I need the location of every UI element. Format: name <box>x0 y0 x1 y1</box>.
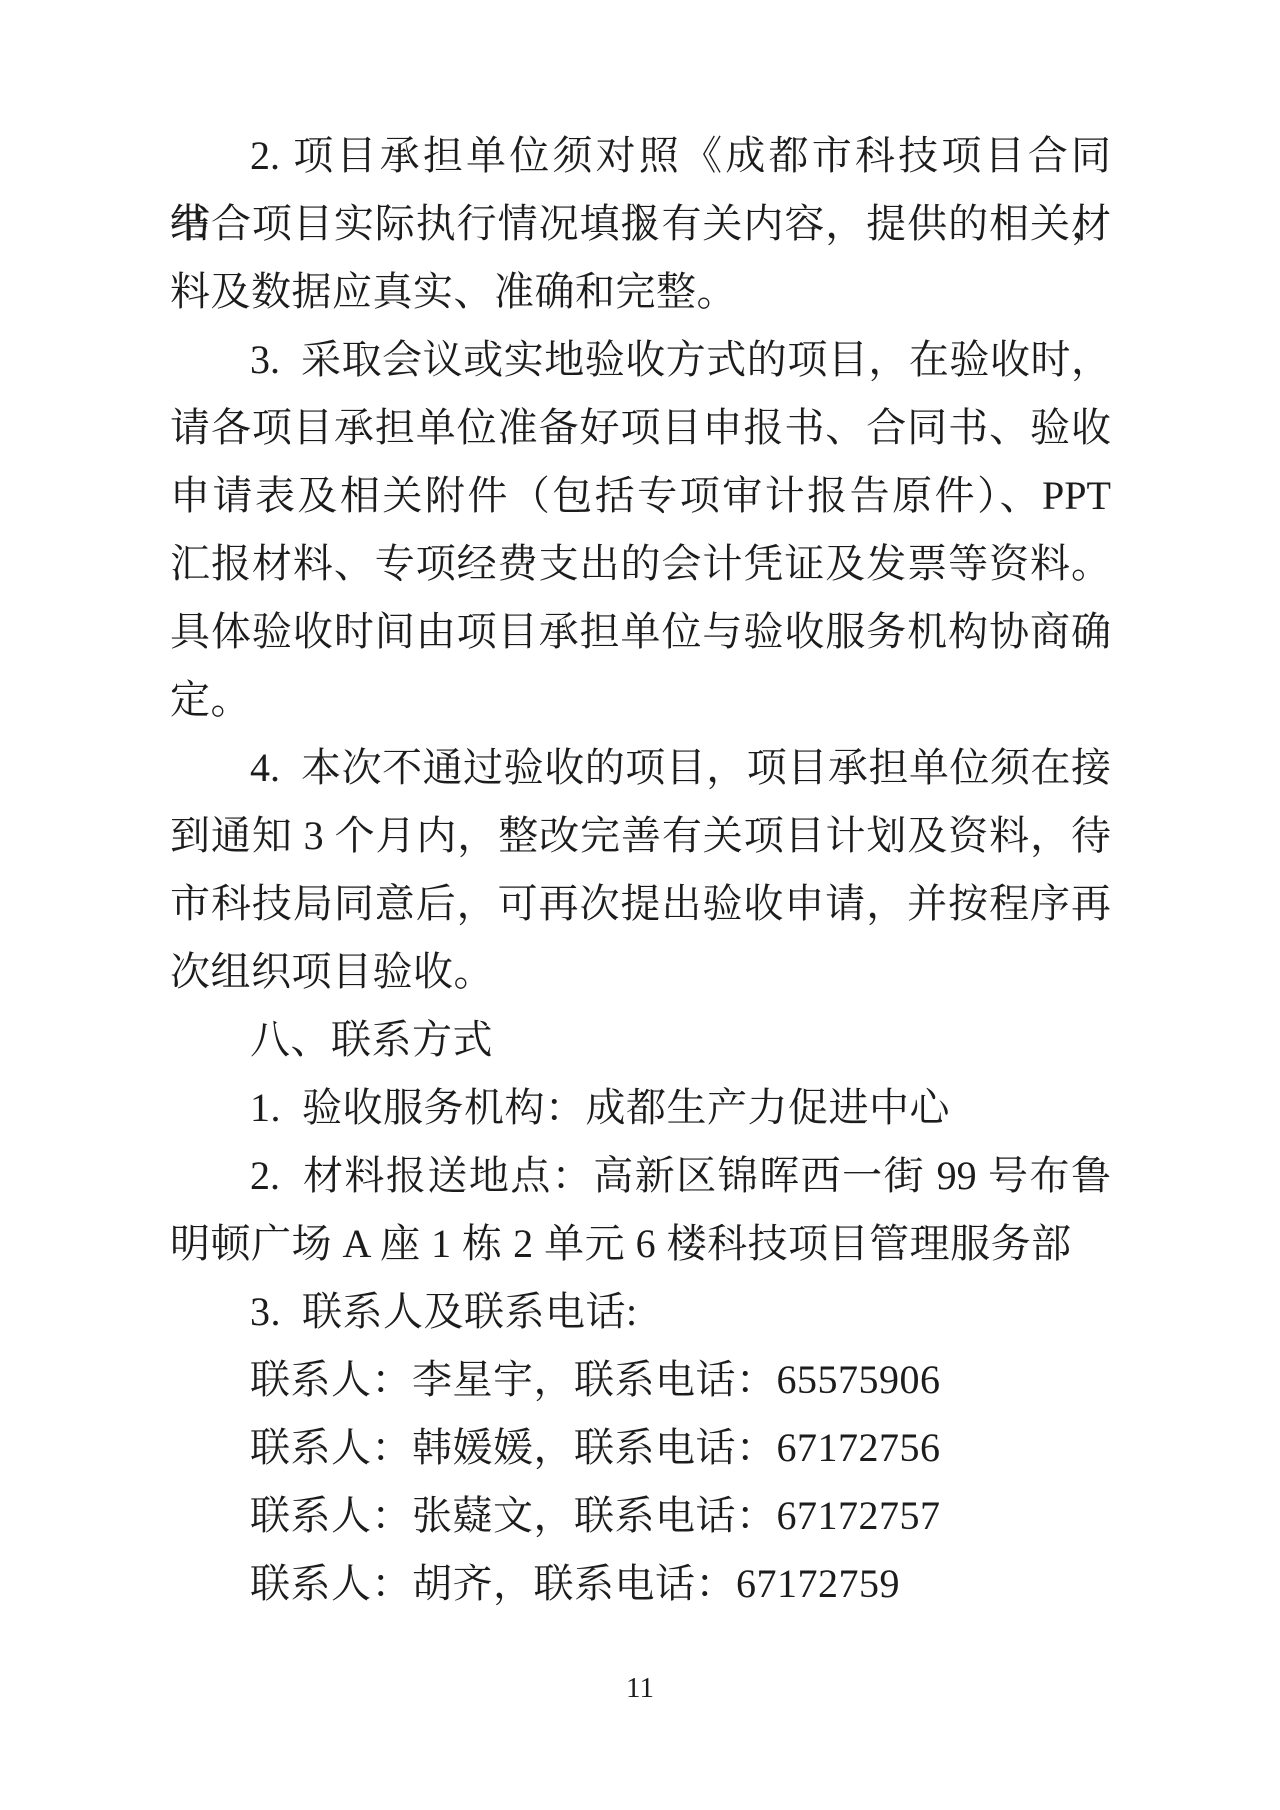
text-line: 3. 联系人及联系电话: <box>170 1278 1111 1346</box>
text-line: 请各项目承担单位准备好项目申报书、合同书、验收 <box>170 394 1111 462</box>
text-line: 3. 采取会议或实地验收方式的项目，在验收时， <box>170 326 1111 394</box>
text-line: 联系人：张薿文，联系电话：67172757 <box>170 1482 1111 1550</box>
text-line: 联系人：胡齐，联系电话：67172759 <box>170 1550 1111 1618</box>
text-line: 汇报材料、专项经费支出的会计凭证及发票等资料。 <box>170 530 1111 598</box>
text-line: 八、联系方式 <box>170 1006 1111 1074</box>
text-line: 2. 材料报送地点：高新区锦晖西一街 99 号布鲁 <box>170 1142 1111 1210</box>
text-line: 市科技局同意后，可再次提出验收申请，并按程序再 <box>170 870 1111 938</box>
page-number: 11 <box>0 1668 1280 1708</box>
text-line: 联系人：韩媛媛，联系电话：67172756 <box>170 1414 1111 1482</box>
text-line: 1. 验收服务机构：成都生产力促进中心 <box>170 1074 1111 1142</box>
text-line: 2. 项目承担单位须对照《成都市科技项目合同书》， <box>170 122 1111 190</box>
text-line: 次组织项目验收。 <box>170 938 1111 1006</box>
text-line: 联系人：李星宇，联系电话：65575906 <box>170 1346 1111 1414</box>
text-line: 具体验收时间由项目承担单位与验收服务机构协商确 <box>170 598 1111 666</box>
text-line: 定。 <box>170 666 1111 734</box>
text-line: 4. 本次不通过验收的项目，项目承担单位须在接 <box>170 734 1111 802</box>
text-line: 到通知 3 个月内，整改完善有关项目计划及资料，待 <box>170 802 1111 870</box>
document-page: 2. 项目承担单位须对照《成都市科技项目合同书》，结合项目实际执行情况填报有关内… <box>0 0 1280 1810</box>
text-line: 结合项目实际执行情况填报有关内容，提供的相关材 <box>170 190 1111 258</box>
document-body: 2. 项目承担单位须对照《成都市科技项目合同书》，结合项目实际执行情况填报有关内… <box>170 122 1111 1618</box>
text-line: 料及数据应真实、准确和完整。 <box>170 258 1111 326</box>
text-line: 申请表及相关附件（包括专项审计报告原件）、PPT <box>170 462 1111 530</box>
text-line: 明顿广场 A 座 1 栋 2 单元 6 楼科技项目管理服务部 <box>170 1210 1111 1278</box>
